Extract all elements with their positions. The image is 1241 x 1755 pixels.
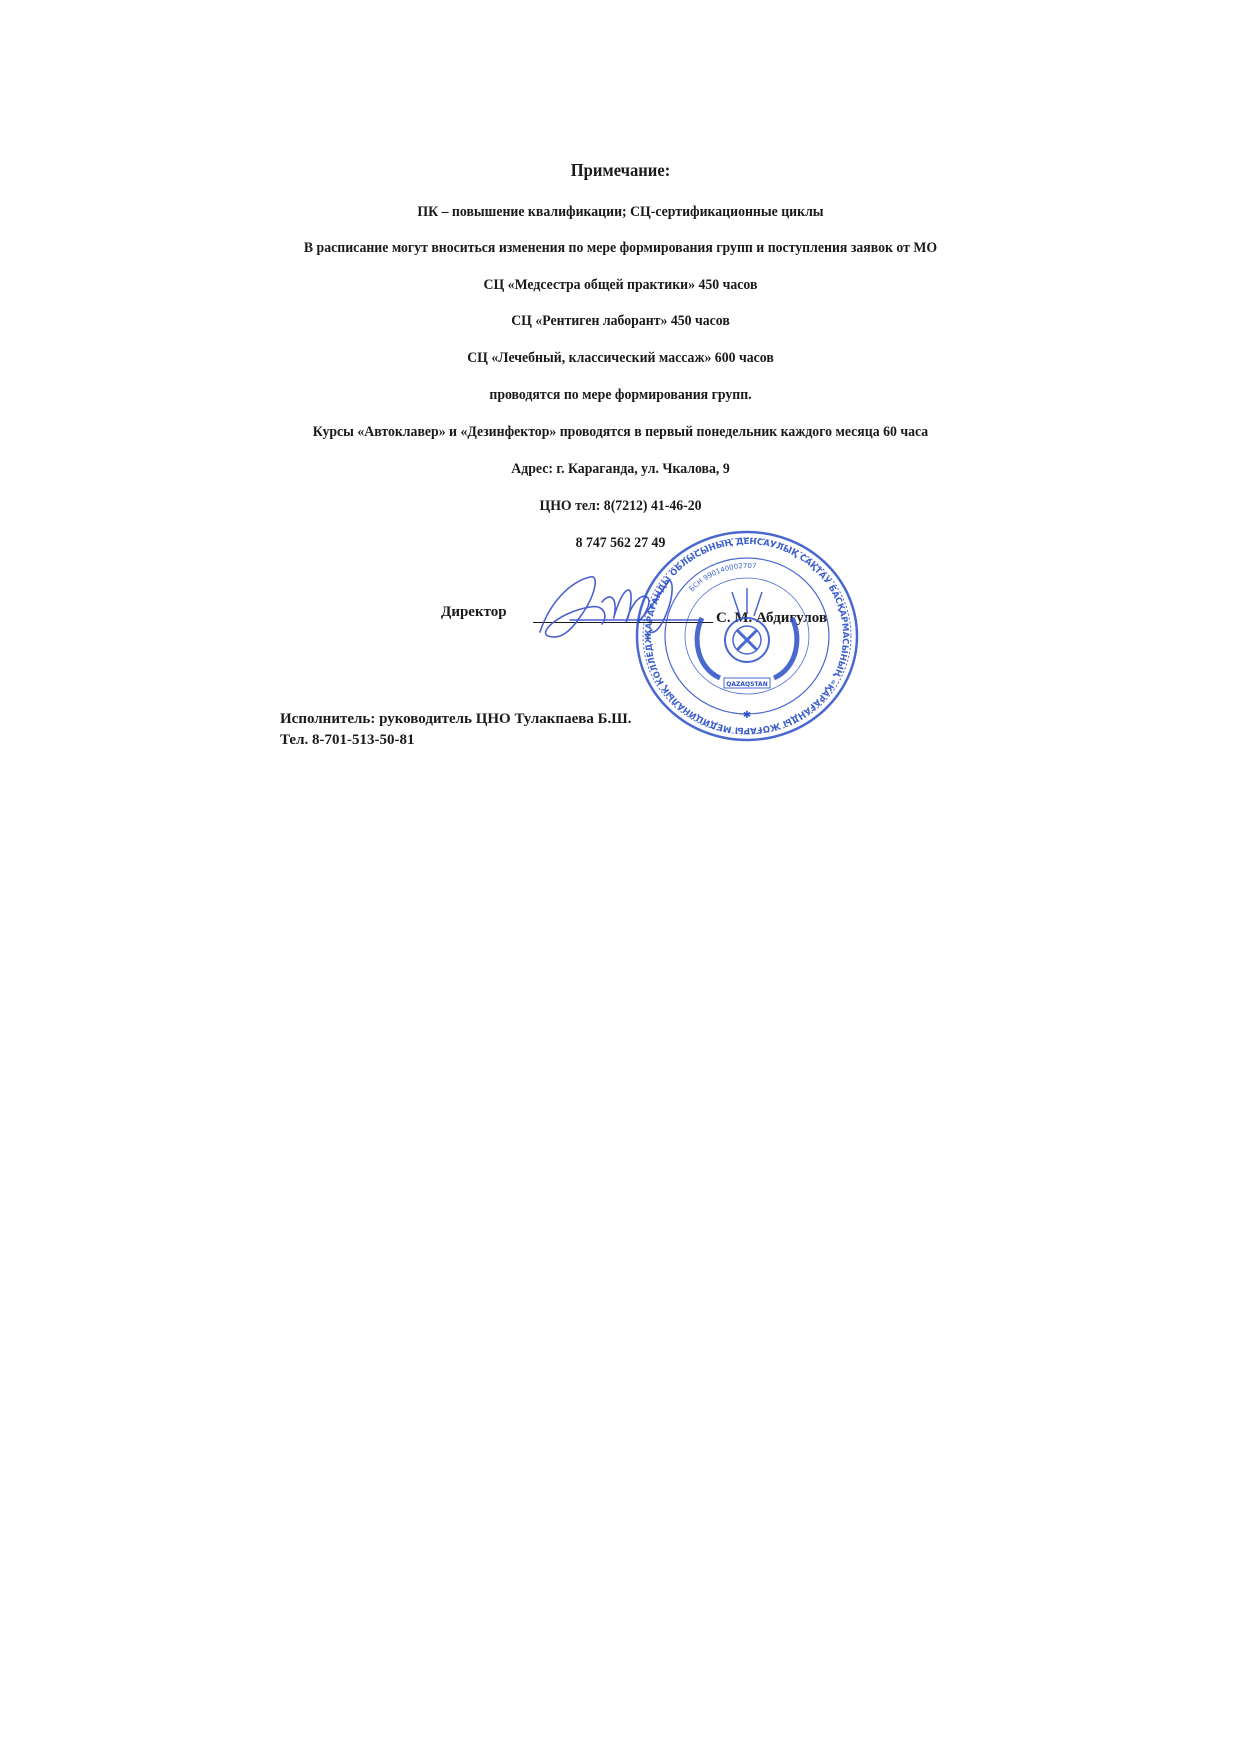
executor-line: Исполнитель: руководитель ЦНО Тулакпаева… [280,711,631,728]
phone-office: ЦНО тел: 8(7212) 41-46-20 [50,498,1192,515]
notes-title: Примечание: [50,160,1192,181]
director-label: Директор [441,604,507,621]
schedule-change-note: В расписание могут вноситься изменения п… [50,240,1192,257]
course-massage: СЦ «Лечебный, классический массаж» 600 ч… [50,350,1192,367]
seal-emblem-text: QAZAQSTAN [726,681,767,688]
executor-phone: Тел. 8-701-513-50-81 [280,732,415,749]
group-formation-note: проводятся по мере формирования групп. [50,387,1192,404]
course-nurse: СЦ «Медсестра общей практики» 450 часов [50,277,1192,294]
official-seal-icon: ҚАРАҒАНДЫ ОБЛЫСЫНЫҢ ДЕНСАУЛЫҚ САҚТАУ БАС… [632,528,862,744]
course-xray: СЦ «Рентиген лаборант» 450 часов [50,313,1192,330]
svg-text:✱: ✱ [743,710,751,721]
phone-mobile: 8 747 562 27 49 [50,535,1192,552]
address: Адрес: г. Караганда, ул. Чкалова, 9 [50,461,1192,478]
autoclave-disinfector-note: Курсы «Автоклавер» и «Дезинфектор» прово… [50,424,1192,441]
legend-line: ПК – повышение квалификации; СЦ-сертифик… [50,204,1192,221]
